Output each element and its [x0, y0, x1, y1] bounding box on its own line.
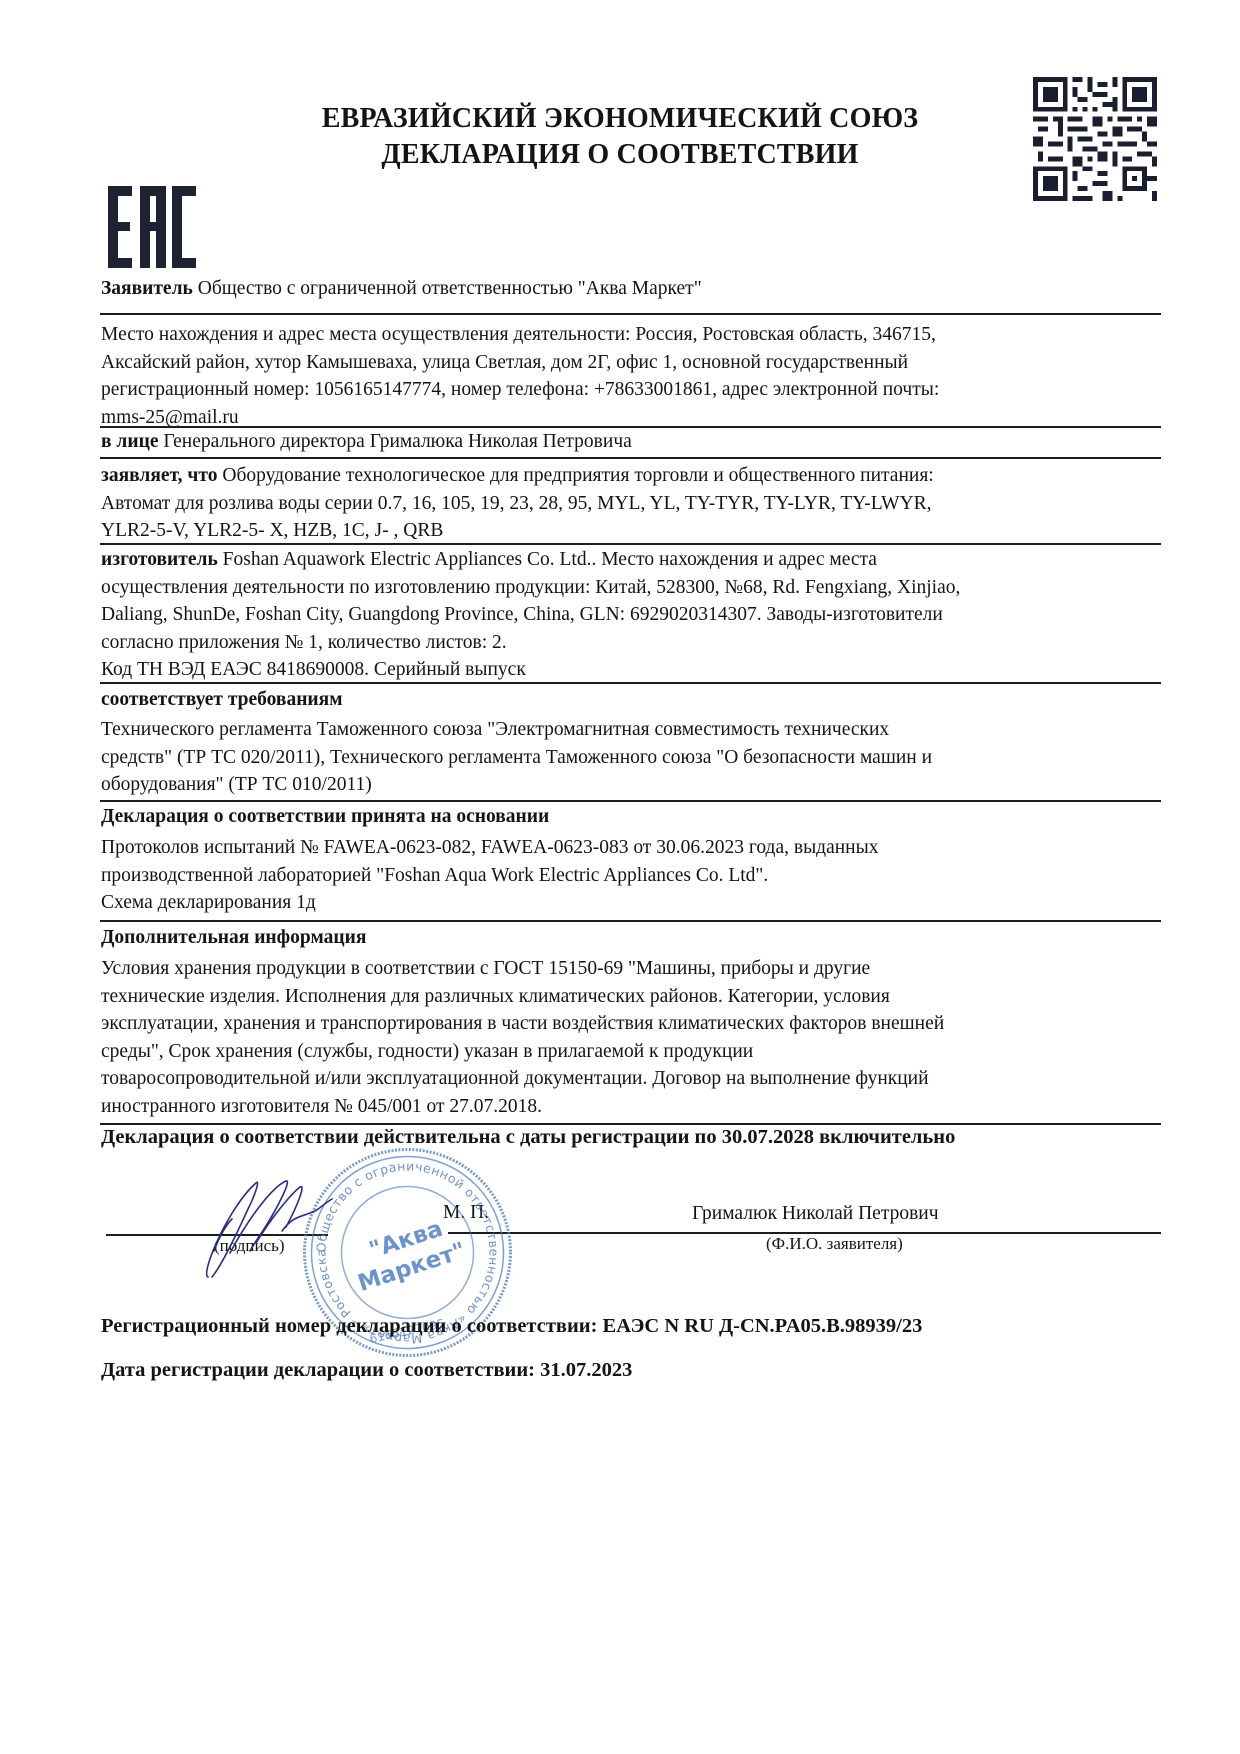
protocol-line: Протоколов испытаний № FAWEA-0623-082, F…	[101, 834, 1161, 862]
eac-logo-icon	[108, 186, 196, 268]
divider	[100, 682, 1161, 684]
applicant-label: Заявитель	[101, 278, 193, 299]
declares-label: заявляет, что	[101, 465, 218, 486]
validity-text: Декларация о соответствии действительна …	[101, 1124, 1161, 1152]
applicant-name: Грималюк Николай Петрович	[692, 1203, 939, 1225]
conforms-block: Технического регламента Таможенного союз…	[101, 716, 1161, 799]
hs-code-line: Код ТН ВЭД ЕАЭС 8418690008. Серийный вып…	[101, 656, 1161, 684]
additional-line: эксплуатации, хранения и транспортирован…	[101, 1010, 1161, 1038]
divider	[100, 313, 1161, 315]
manufacturer-label: изготовитель	[101, 549, 218, 570]
registration-date: Дата регистрации декларации о соответств…	[101, 1357, 1161, 1385]
divider	[100, 543, 1161, 545]
manufacturer-line: согласно приложения № 1, количество лист…	[101, 629, 1161, 657]
divider	[100, 457, 1161, 459]
manufacturer-value: Foshan Aquawork Electric Appliances Co. …	[218, 549, 877, 570]
additional-line: технические изделия. Исполнения для разл…	[101, 983, 1161, 1011]
address-block: Место нахождения и адрес места осуществл…	[101, 321, 1161, 431]
product-line: YLR2-5-V, YLR2-5- X, HZB, 1C, J- , QRB	[101, 517, 1161, 545]
scheme-line: Схема декларирования 1д	[101, 889, 1161, 917]
represented-by-label: в лице	[101, 431, 158, 452]
regulation-line: средств" (ТР ТС 020/2011), Технического …	[101, 744, 1161, 772]
additional-line: среды", Срок хранения (службы, годности)…	[101, 1038, 1161, 1066]
qr-code-icon	[1033, 77, 1157, 201]
applicant-value: Общество с ограниченной ответственностью…	[193, 278, 702, 299]
manufacturer-block: изготовитель Foshan Aquawork Electric Ap…	[101, 546, 1161, 684]
basis-block: Протоколов испытаний № FAWEA-0623-082, F…	[101, 834, 1161, 917]
applicant-row: Заявитель Общество с ограниченной ответс…	[101, 275, 1161, 303]
divider	[100, 800, 1161, 802]
name-caption: (Ф.И.О. заявителя)	[766, 1234, 903, 1254]
conforms-heading: соответствует требованиям	[101, 686, 1161, 714]
additional-line: иностранного изготовителя № 045/001 от 2…	[101, 1093, 1161, 1121]
additional-line: товаросопроводительной и/или эксплуатаци…	[101, 1065, 1161, 1093]
additional-heading: Дополнительная информация	[101, 924, 1161, 952]
product-line: Автомат для розлива воды серии 0.7, 16, …	[101, 490, 1161, 518]
signature-icon	[160, 1165, 340, 1285]
regulation-line: оборудования" (ТР ТС 010/2011)	[101, 771, 1161, 799]
handwritten-signature	[160, 1165, 340, 1285]
represented-by-row: в лице Генерального директора Грималюка …	[101, 428, 1161, 456]
manufacturer-line: Daliang, ShunDe, Foshan City, Guangdong …	[101, 601, 1161, 629]
registration-number: Регистрационный номер декларации о соотв…	[101, 1313, 1161, 1341]
regulation-line: Технического регламента Таможенного союз…	[101, 716, 1161, 744]
additional-line: Условия хранения продукции в соответстви…	[101, 955, 1161, 983]
manufacturer-line: осуществления деятельности по изготовлен…	[101, 574, 1161, 602]
declares-value: Оборудование технологическое для предпри…	[218, 465, 934, 486]
address-line: Аксайский район, хутор Камышеваха, улица…	[101, 349, 1161, 377]
represented-by-value: Генерального директора Грималюка Николая…	[158, 431, 631, 452]
divider	[100, 920, 1161, 922]
basis-heading: Декларация о соответствии принята на осн…	[101, 803, 1161, 831]
declares-block: заявляет, что Оборудование технологическ…	[101, 462, 1161, 545]
address-line: регистрационный номер: 1056165147774, но…	[101, 376, 1161, 404]
additional-block: Условия хранения продукции в соответстви…	[101, 955, 1161, 1120]
address-line: Место нахождения и адрес места осуществл…	[101, 321, 1161, 349]
protocol-line: производственной лабораторией "Foshan Aq…	[101, 862, 1161, 890]
